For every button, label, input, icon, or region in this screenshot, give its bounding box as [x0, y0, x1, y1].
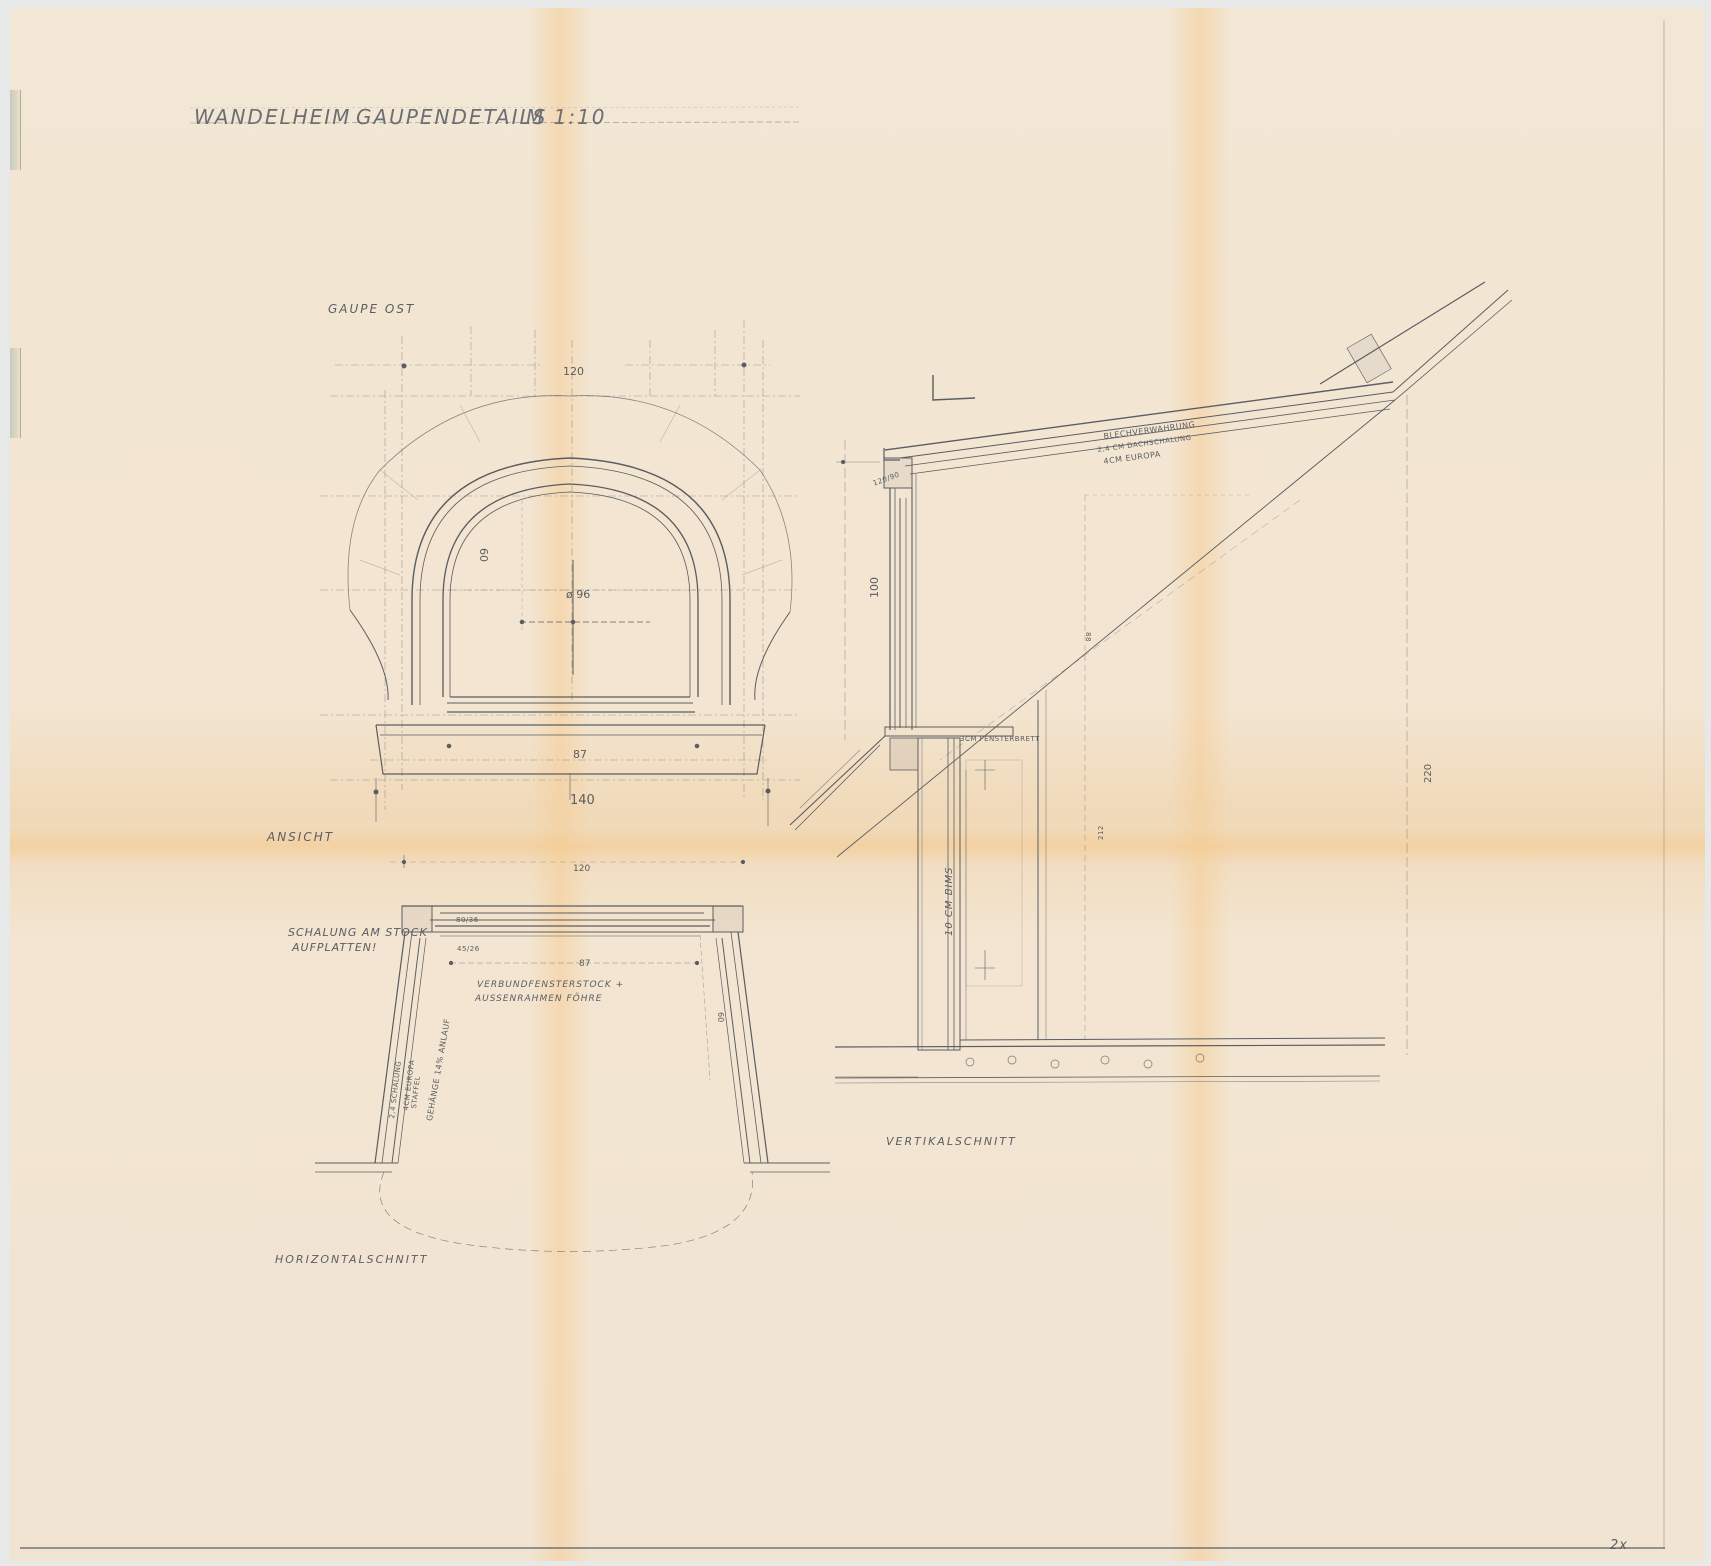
note-window-frame-1: VERBUNDFENSTERSTOCK +: [477, 980, 624, 990]
dim-frame-side: 45/26: [457, 945, 480, 953]
dim-total-height: 220: [1423, 764, 1434, 783]
dim-frame-top: 80/36: [456, 916, 479, 924]
view-label-vertikalschnitt: VERTIKALSCHNITT: [886, 1135, 1017, 1148]
dim-top-width: 120: [563, 365, 584, 378]
elevation-view: [320, 320, 800, 868]
dim-arch-radius: 60: [477, 548, 490, 562]
vertical-section-view: [790, 282, 1512, 1083]
dim-interior: 212: [1097, 825, 1105, 840]
dim-section-depth: 60: [716, 1012, 725, 1022]
dim-lower-width: 120: [573, 864, 590, 874]
sheet-mark: 2x: [1610, 1538, 1628, 1553]
sheet-title-project: WANDELHEIM: [194, 105, 351, 129]
technical-drawing: [10, 8, 1705, 1561]
dim-section-inner-width: 87: [579, 959, 590, 969]
view-label-ansicht: ANSICHT: [267, 830, 334, 844]
note-sill: 3CM FENSTERBRETT: [960, 735, 1040, 743]
dim-diagonal: 88: [1084, 632, 1092, 642]
view-label-gaupe-ost: GAUPE OST: [328, 302, 415, 316]
note-formwork-2: AUFPLATTEN!: [292, 941, 377, 954]
note-window-frame-2: AUSSENRAHMEN FÖHRE: [475, 994, 602, 1004]
view-label-horizontalschnitt: HORIZONTALSCHNITT: [275, 1253, 428, 1266]
dim-diameter: ø 96: [566, 588, 590, 601]
drawing-sheet: WANDELHEIM GAUPENDETAILS M 1:10 GAUPE OS…: [10, 8, 1705, 1561]
note-formwork-1: SCHALUNG AM STOCK: [288, 926, 428, 939]
dim-base-width: 140: [570, 793, 595, 808]
sheet-title-scale: M 1:10: [526, 105, 607, 129]
dim-window-height: 100: [868, 577, 881, 598]
note-wall: 10 CM BIMS: [944, 867, 955, 936]
sheet-title-subject: GAUPENDETAILS: [356, 105, 547, 129]
dim-inner-width: 87: [573, 748, 587, 761]
